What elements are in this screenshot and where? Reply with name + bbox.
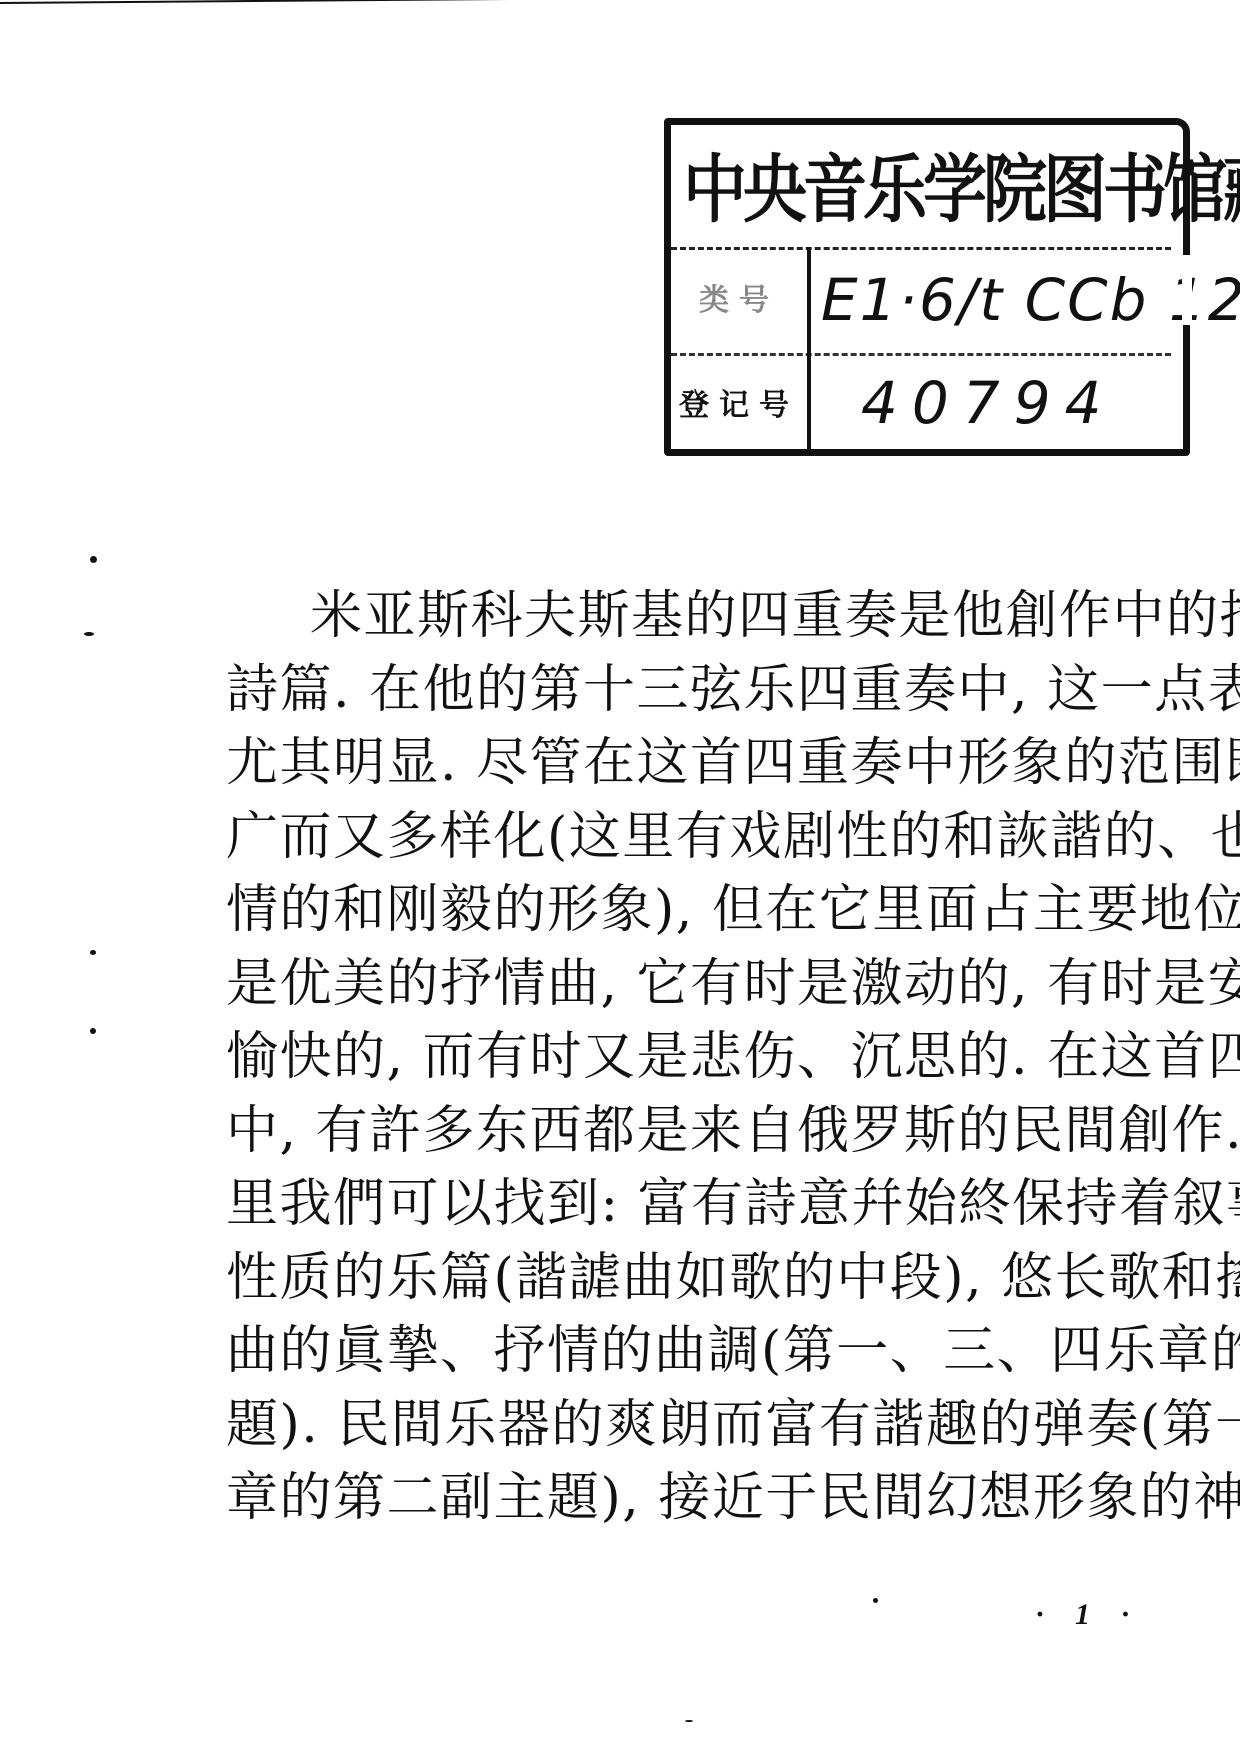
text-line: 章的第二副主題), 接近于民間幻想形象的神秘、 <box>226 1462 1126 1536</box>
text-line: 尤其明显. 尽管在这首四重奏中形象的范围既宽 <box>226 727 1126 801</box>
text-line: 題). 民間乐器的爽朗而富有諧趣的弹奏(第一乐 <box>226 1389 1126 1463</box>
text-line: 性质的乐篇(諧謔曲如歌的中段), 悠长歌和搖籃 <box>226 1242 1126 1316</box>
stamp-label-registration: 登记号 <box>679 380 799 424</box>
text-line: 中, 有許多东西都是来自俄罗斯的民間創作. 在这 <box>226 1095 1126 1169</box>
stamp-border-gap <box>1182 255 1192 325</box>
body-paragraph: 米亚斯科夫斯基的四重奏是他創作中的抒情 詩篇. 在他的第十三弦乐四重奏中, 这一… <box>226 580 1126 1536</box>
text-line: 愉快的, 而有时又是悲伤、沉思的. 在这首四重奏 <box>226 1021 1126 1095</box>
scan-speck <box>873 1598 878 1603</box>
text-line: 情的和刚毅的形象), 但在它里面占主要地位的还 <box>226 874 1126 948</box>
stamp-divider <box>671 247 1171 250</box>
stamp-registration-number: 40794 <box>861 363 1116 443</box>
scan-speck <box>685 1720 693 1722</box>
scan-speck <box>90 1028 96 1034</box>
library-stamp: 中央音乐学院图书馆藏 类号 登记号 E1·6/t CCb 12 40794 <box>664 118 1190 456</box>
stamp-column-divider <box>807 247 811 451</box>
stamp-title: 中央音乐学院图书馆藏 <box>683 129 1163 253</box>
stamp-label-classification: 类号 <box>679 275 799 319</box>
page-number: · 1 · <box>1036 1598 1141 1632</box>
scan-speck <box>90 556 97 563</box>
scan-speck <box>90 950 96 955</box>
scan-speck <box>84 632 94 636</box>
text-line: 是优美的抒情曲, 它有时是激动的, 有时是安静、 <box>226 948 1126 1022</box>
stamp-divider <box>671 353 1171 356</box>
text-line: 米亚斯科夫斯基的四重奏是他創作中的抒情 <box>226 580 1126 654</box>
text-line: 曲的眞摯、抒情的曲調(第一、三、四乐章的抒情主 <box>226 1315 1126 1389</box>
text-line: 广而又多样化(这里有戏剧性的和詼諧的、也有抒 <box>226 801 1126 875</box>
text-line: 里我們可以找到: 富有詩意幷始終保持着叙事詩 <box>226 1168 1126 1242</box>
stamp-call-number: E1·6/t CCb 12 <box>821 255 1240 345</box>
text-line: 詩篇. 在他的第十三弦乐四重奏中, 这一点表现得 <box>226 654 1126 728</box>
scan-edge-line <box>0 0 540 4</box>
